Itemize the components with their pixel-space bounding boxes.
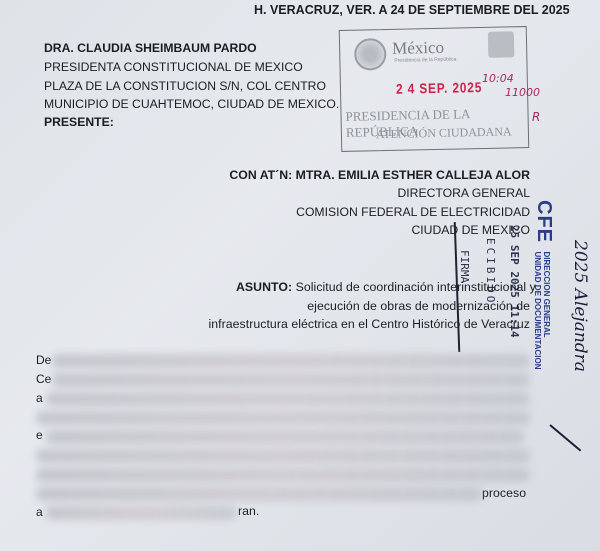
cfe-stamp-line-2: UNIDAD DE DOCUMENTACION [533,251,542,369]
stamp-brand: México [392,38,444,59]
addressee-name: DRA. CLAUDIA SHEIMBAUM PARDO [44,41,257,55]
cfe-logo: CFE [533,200,555,243]
redaction-blur [36,468,530,482]
signature-stroke [549,424,581,451]
body-fragment: ran. [238,504,259,518]
redaction-blur [52,354,530,368]
body-fragment: proceso [482,486,526,500]
place-date: H. VERACRUZ, VER. A 24 DE SEPTIEMBRE DEL… [254,3,570,17]
redaction-blur [52,373,530,387]
addressee-address-1: PLAZA DE LA CONSTITUCION S/N, COL CENTRO [44,79,326,93]
subject: ASUNTO: Solicitud de coordinación interi… [236,280,536,294]
redaction-blur [36,411,530,425]
attention-org: COMISION FEDERAL DE ELECTRICIDAD [296,205,530,219]
attention-role: DIRECTORA GENERAL [397,186,530,200]
national-seal-icon [354,38,387,71]
redaction-blur [46,392,530,406]
attention-line: CON AT´N: MTRA. EMILIA ESTHER CALLEJA AL… [229,168,530,182]
redaction-blur [46,506,236,520]
greeting: PRESENTE: [44,115,114,129]
handwritten-signature: 2025 Alejandra [570,240,590,372]
stamp-department: ATENCIÓN CIUDADANA [376,124,512,142]
received-stamp-label: ECIBIDO [484,238,497,305]
addressee-address-2: MUNICIPIO DE CUAHTEMOC, CIUDAD DE MEXICO… [44,97,339,111]
body-fragment: De [36,353,51,367]
cfe-stamp-line-1: DIRECCION GENERAL [542,251,551,337]
redaction-blur [46,430,524,444]
redaction-blur [36,449,530,463]
subject-line-1: Solicitud de coordinación interinstituci… [296,280,536,294]
stamp-date: 2 4 SEP. 2025 [396,79,483,97]
handwritten-initial: R [532,110,540,124]
subject-line-2: ejecución de obras de modernización de [307,299,530,313]
redaction-blur [36,487,482,501]
emblem-icon [488,31,515,58]
handwritten-time: 10:04 [482,72,514,85]
body-fragment: a [36,505,43,519]
addressee-title: PRESIDENTA CONSTITUCIONAL DE MEXICO [44,60,303,74]
stamp-brand-sub: Presidencia de la República [394,57,456,64]
received-stamp-signature: FIRMA [458,250,471,283]
body-fragment: e [36,428,43,442]
body-fragment: a [36,391,43,405]
body-fragment: Ce [36,372,51,386]
handwritten-code: 11000 [505,86,540,99]
subject-label: ASUNTO: [236,280,292,294]
subject-line-3: infraestructura eléctrica en el Centro H… [209,317,531,331]
reception-stamp: México Presidencia de la República 2 4 S… [339,26,530,152]
